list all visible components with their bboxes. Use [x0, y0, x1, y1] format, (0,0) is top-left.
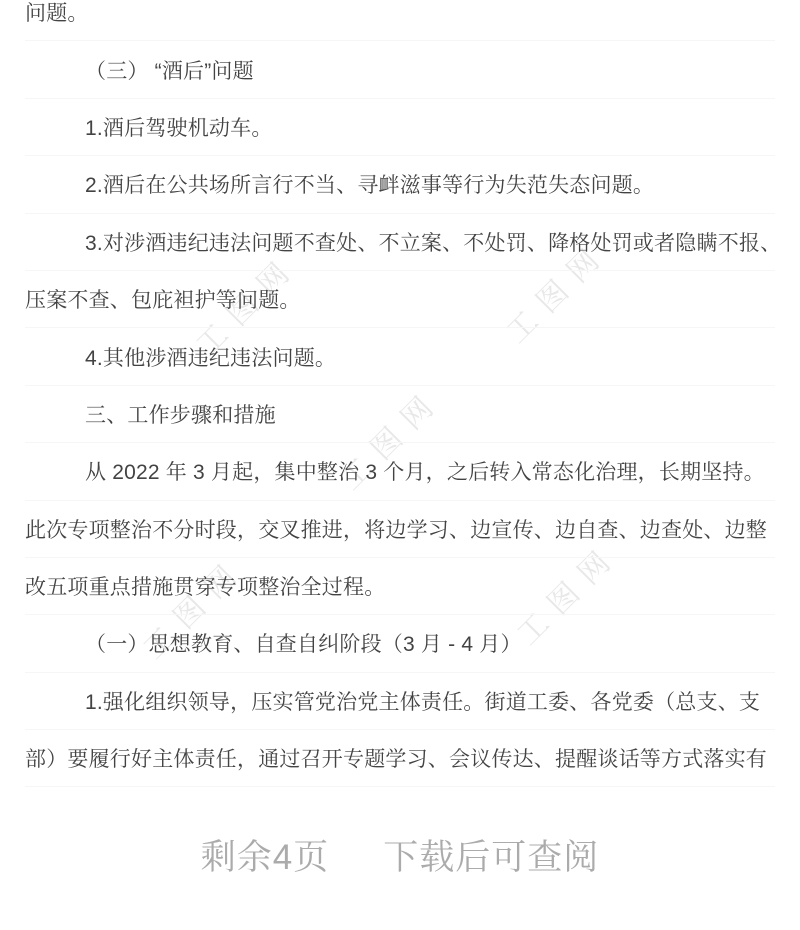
- document-body: 问题。 （三） “酒后”问题 1.酒后驾驶机动车。 2.酒后在公共场所言行不当、…: [25, 0, 775, 787]
- document-line: 改五项重点措施贯穿专项整治全过程。: [25, 558, 775, 615]
- document-line: 4.其他涉酒违纪违法问题。: [25, 328, 775, 385]
- download-to-view-hint: 下载后可查阅: [383, 830, 599, 880]
- document-line: 1.强化组织领导，压实管党治党主体责任。街道工委、各党委（总支、支: [25, 673, 775, 730]
- document-heading: 三、工作步骤和措施: [25, 386, 775, 443]
- remaining-pages-count: 剩余4页: [201, 830, 329, 880]
- remaining-pages-notice: 剩余4页 下载后可查阅: [0, 830, 800, 880]
- document-line: 部）要履行好主体责任，通过召开专题学习、会议传达、提醒谈话等方式落实有: [25, 730, 775, 787]
- document-line: 2.酒后在公共场所言行不当、寻衅滋事等行为失范失态问题。: [25, 156, 775, 213]
- document-line: 1.酒后驾驶机动车。: [25, 99, 775, 156]
- document-preview-page: 工图网 工图网 工图网 工图网 工图网 问题。 （三） “酒后”问题 1.酒后驾…: [0, 0, 800, 930]
- document-line: 3.对涉酒违纪违法问题不查处、不立案、不处罚、降格处罚或者隐瞒不报、: [25, 214, 775, 271]
- document-heading: （一）思想教育、自查自纠阶段（3 月 - 4 月）: [25, 615, 775, 672]
- document-line: 从 2022 年 3 月起，集中整治 3 个月，之后转入常态化治理，长期坚持。: [25, 443, 775, 500]
- document-line: 问题。: [25, 0, 775, 41]
- document-heading: （三） “酒后”问题: [25, 41, 775, 98]
- document-line: 此次专项整治不分时段，交叉推进，将边学习、边宣传、边自查、边查处、边整: [25, 501, 775, 558]
- document-line: 压案不查、包庇袒护等问题。: [25, 271, 775, 328]
